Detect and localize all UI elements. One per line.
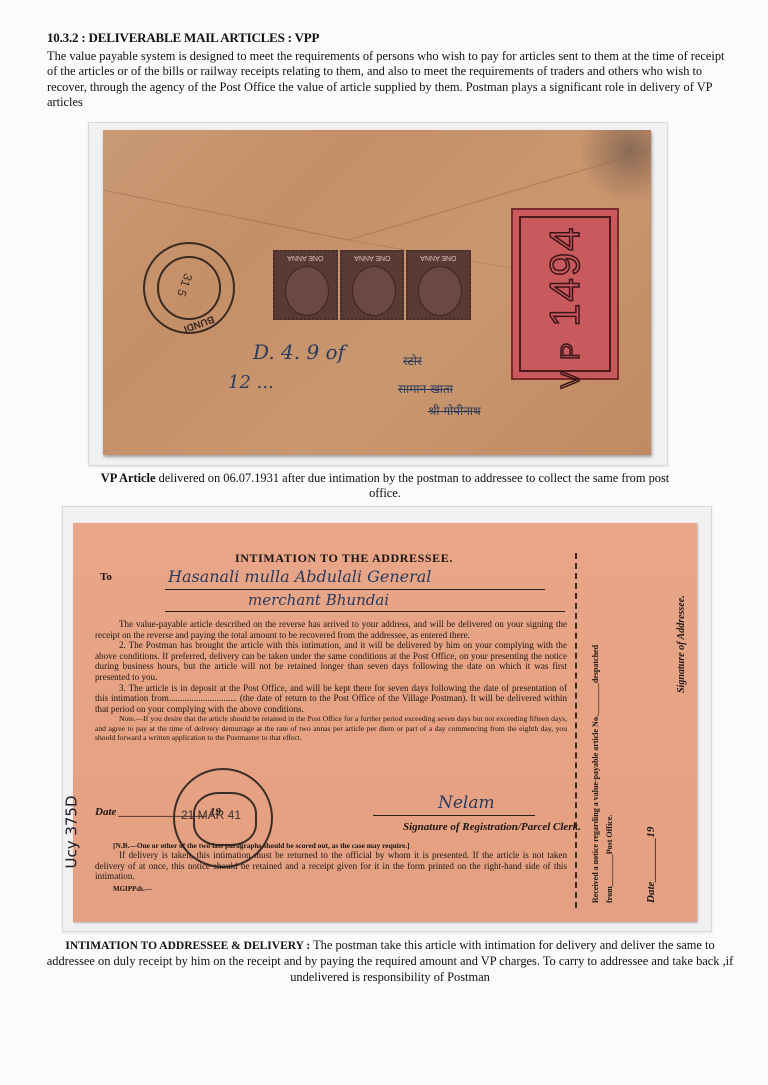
form-para-2: 2. The Postman has brought the article w… <box>95 640 567 682</box>
stamp-denomination: ONE ANNA <box>342 254 403 261</box>
nb-note: [N.B.—One or other of the two last parag… <box>113 841 410 850</box>
form-body: The value-payable article described on t… <box>95 619 567 743</box>
address-underline <box>165 611 565 612</box>
one-anna-stamp: ONE ANNA <box>406 250 471 320</box>
form-code: MGIPPsh.— <box>113 885 152 893</box>
delivery-caption: INTIMATION TO ADDRESSEE & DELIVERY : The… <box>40 938 740 985</box>
caption-text: delivered on 06.07.1931 after due intima… <box>155 471 669 500</box>
footer-text: If delivery is taken, this intimation mu… <box>95 850 567 882</box>
clerk-signature: Nelam <box>438 793 495 813</box>
address-underline <box>165 589 545 590</box>
vp-label: V P 1494 <box>511 208 619 380</box>
handwritten-note: 12 ... <box>228 372 274 393</box>
intimation-form: INTIMATION TO THE ADDRESSEE. To Hasanali… <box>73 523 697 922</box>
addressee-line2: merchant Bhundai <box>248 591 389 609</box>
form-title: INTIMATION TO THE ADDRESSEE. <box>235 551 453 566</box>
caption-bold: VP Article <box>101 471 156 485</box>
caption2-bold: INTIMATION TO ADDRESSEE & DELIVERY : <box>65 940 310 952</box>
handwritten-note: D. 4. 9 of <box>253 340 345 364</box>
envelope-caption: VP Article delivered on 06.07.1931 after… <box>90 471 680 501</box>
stamp-strip: ONE ANNA ONE ANNA ONE ANNA <box>273 250 471 320</box>
perforation-line <box>575 553 577 908</box>
addressee-name: Hasanali mulla Abdulali General <box>168 567 431 586</box>
vp-label-number: V P 1494 <box>541 226 589 389</box>
receipt-line-2: from________Post Office. <box>605 815 614 903</box>
one-anna-stamp: ONE ANNA <box>273 250 338 320</box>
intro-paragraph: The value payable system is designed to … <box>47 49 737 110</box>
stain-mark <box>581 130 651 200</box>
vp-number: 1494 <box>541 226 588 327</box>
form-para-1: The value-payable article described on t… <box>95 619 567 640</box>
receipt-signature: Signature of Addressee. <box>676 595 687 693</box>
stamp-denomination: ONE ANNA <box>408 254 469 261</box>
margin-annotation: Ucy 375D <box>63 795 81 868</box>
king-portrait-icon <box>352 266 396 316</box>
receipt-date: Date________19 <box>645 827 657 903</box>
form-para-3: 3. The article is in deposit at the Post… <box>95 683 567 715</box>
signature-line <box>373 815 535 816</box>
to-label: To <box>100 571 112 583</box>
signature-label: Signature of Registration/Parcel Clerk. <box>403 821 581 833</box>
one-anna-stamp: ONE ANNA <box>340 250 405 320</box>
section-heading: 10.3.2 : DELIVERABLE MAIL ARTICLES : VPP <box>47 30 319 46</box>
vp-envelope: BUNDI 31 5 ONE ANNA ONE ANNA ONE ANNA V … <box>103 130 651 455</box>
postmark-date: 21 MAR 41 <box>181 808 241 822</box>
form-footer: If delivery is taken, this intimation mu… <box>95 850 567 882</box>
handwritten-note: स्टोर <box>403 352 422 369</box>
king-portrait-icon <box>418 266 462 316</box>
vp-prefix: V P <box>555 341 585 389</box>
king-portrait-icon <box>285 266 329 316</box>
receipt-line-1: Received a notice regarding a value-paya… <box>591 645 600 903</box>
date-label: Date <box>95 806 116 818</box>
handwritten-note: सामान खाता <box>398 380 453 397</box>
stamp-denomination: ONE ANNA <box>275 254 336 261</box>
form-note: Note.—If you desire that the article sho… <box>95 714 567 742</box>
handwritten-note: श्री गोपीनाथ <box>428 402 481 419</box>
